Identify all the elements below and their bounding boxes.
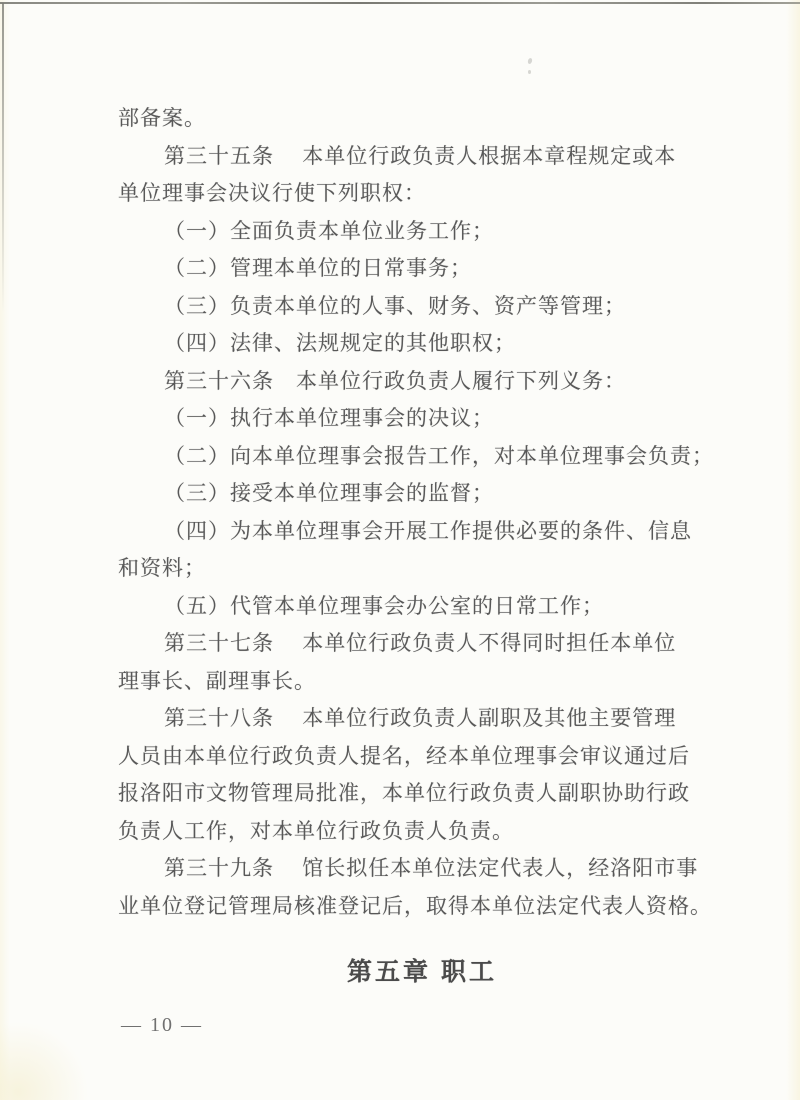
text-line: 第三十九条 馆长拟任本单位法定代表人，经洛阳市事 <box>118 850 758 888</box>
text-line: （一）全面负责本单位业务工作； <box>118 213 758 251</box>
text-line: 第三十七条 本单位行政负责人不得同时担任本单位 <box>118 625 758 663</box>
scan-speck <box>528 70 531 74</box>
text-line: 单位理事会决议行使下列职权： <box>118 175 758 213</box>
scan-speck <box>527 58 533 65</box>
document-body: 部备案。第三十五条 本单位行政负责人根据本章程规定或本单位理事会决议行使下列职权… <box>118 100 758 925</box>
chapter-heading: 第五章 职工 <box>22 952 800 988</box>
scan-left-edge-line <box>2 3 4 313</box>
text-line: （二）管理本单位的日常事务； <box>118 250 758 288</box>
text-line: （三）接受本单位理事会的监督； <box>118 475 758 513</box>
page-number: — 10 — <box>121 1014 203 1037</box>
scanned-document-page: 部备案。第三十五条 本单位行政负责人根据本章程规定或本单位理事会决议行使下列职权… <box>0 0 800 1100</box>
text-line: 第三十八条 本单位行政负责人副职及其他主要管理 <box>118 700 758 738</box>
text-line: （二）向本单位理事会报告工作，对本单位理事会负责； <box>118 438 758 476</box>
text-line: （一）执行本单位理事会的决议； <box>118 400 758 438</box>
text-line: （四）法律、法规规定的其他职权； <box>118 325 758 363</box>
text-line: 部备案。 <box>118 100 758 138</box>
text-line: 理事长、副理事长。 <box>118 663 758 701</box>
text-line: （五）代管本单位理事会办公室的日常工作； <box>118 588 758 626</box>
text-line: （三）负责本单位的人事、财务、资产等管理； <box>118 288 758 326</box>
text-line: （四）为本单位理事会开展工作提供必要的条件、信息 <box>118 513 758 551</box>
text-line: 和资料； <box>118 550 758 588</box>
text-line: 业单位登记管理局核准登记后，取得本单位法定代表人资格。 <box>118 888 758 926</box>
text-line: 人员由本单位行政负责人提名，经本单位理事会审议通过后 <box>118 738 758 776</box>
scan-top-edge-line <box>0 2 800 4</box>
text-line: 负责人工作，对本单位行政负责人负责。 <box>118 813 758 851</box>
text-line: 第三十六条 本单位行政负责人履行下列义务： <box>118 363 758 401</box>
text-line: 报洛阳市文物管理局批准，本单位行政负责人副职协助行政 <box>118 775 758 813</box>
text-line: 第三十五条 本单位行政负责人根据本章程规定或本 <box>118 138 758 176</box>
